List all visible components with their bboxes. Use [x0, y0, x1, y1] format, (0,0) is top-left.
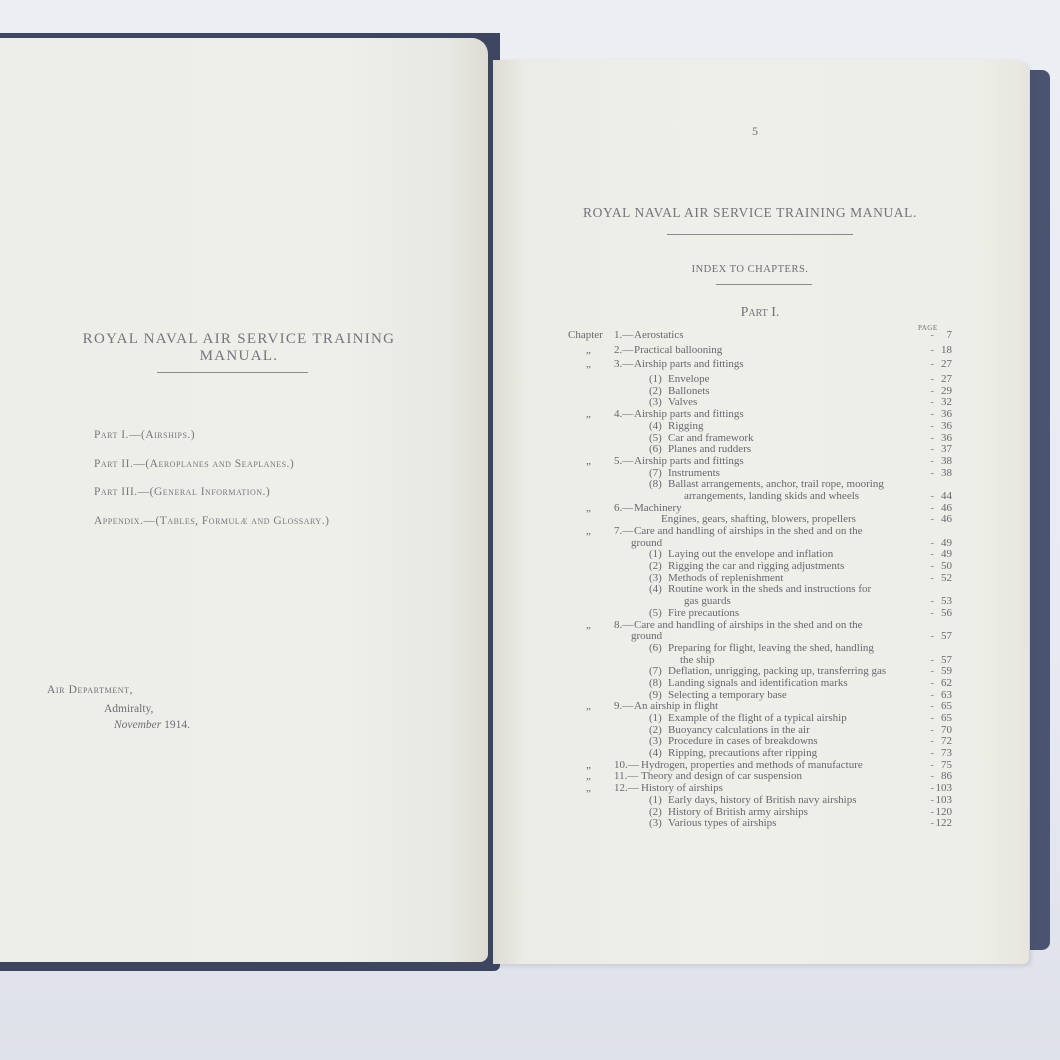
book-cover-right [1030, 70, 1050, 950]
signature-office: Admiralty, [104, 703, 153, 715]
toc-entry: (2) Ballonets-29 [568, 386, 952, 398]
toc-entry: (4) Routine work in the sheds and instru… [568, 584, 952, 596]
toc-prefix: Chapter [568, 330, 614, 342]
toc-page: 27 [930, 359, 952, 371]
toc-title: Example of the flight of a typical airsh… [668, 713, 847, 725]
toc-number: (8) [649, 479, 662, 491]
toc-page: 62 [930, 678, 952, 690]
part-item: Part I.—(Airships.) [94, 429, 329, 458]
parts-list: Part I.—(Airships.) Part II.—(Aeroplanes… [94, 429, 329, 543]
page-number: 5 [752, 124, 758, 139]
toc-entry: (1) Envelope-27 [568, 374, 952, 386]
toc-entry: Chapter1.—Aerostatics-7 [568, 330, 952, 342]
toc-title: Airship parts and fittings [634, 456, 744, 468]
table-of-contents: Chapter1.—Aerostatics-7„2.—Practical bal… [568, 330, 952, 830]
toc-entry: (2) Rigging the car and rigging adjustme… [568, 561, 952, 573]
toc-number: 5.— [614, 456, 633, 468]
toc-title: Rigging the car and rigging adjustments [668, 561, 844, 573]
toc-number: 3.— [614, 359, 633, 371]
toc-entry: „4.—Airship parts and fittings-36 [568, 409, 952, 421]
toc-page: 103 [930, 795, 952, 807]
toc-number: 9.— [614, 701, 633, 713]
right-page-title: ROYAL NAVAL AIR SERVICE TRAINING MANUAL. [565, 205, 935, 221]
part-item: Part II.—(Aeroplanes and Seaplanes.) [94, 458, 329, 487]
toc-number: (4) [649, 421, 662, 433]
signature-date: November 1914. [114, 719, 190, 731]
toc-entry: „3.—Airship parts and fittings-27 [568, 359, 952, 371]
toc-entry: (8) Landing signals and identification m… [568, 678, 952, 690]
toc-entry: (1) Early days, history of British navy … [568, 795, 952, 807]
signature-month: November [114, 719, 161, 731]
title-rule [667, 234, 853, 235]
toc-entry: „2.—Practical ballooning-18 [568, 345, 952, 357]
index-rule [716, 284, 812, 285]
toc-title: Preparing for flight, leaving the shed, … [668, 643, 874, 655]
toc-number: (8) [649, 678, 662, 690]
toc-page: 52 [930, 573, 952, 585]
signature-department: Air Department, [47, 684, 133, 696]
toc-number: 6.— [614, 503, 633, 515]
part-item: Appendix.—(Tables, Formulæ and Glossary.… [94, 515, 329, 544]
part-heading: Part I. [700, 305, 820, 321]
toc-entry: gas guards-53 [568, 596, 952, 608]
toc-title: Rigging [668, 421, 703, 433]
toc-title: Care and handling of airships in the she… [634, 526, 863, 538]
toc-page: 27 [930, 374, 952, 386]
toc-page: 56 [930, 608, 952, 620]
toc-number: 1.— [614, 330, 633, 342]
toc-number: (1) [649, 795, 662, 807]
left-page-title: ROYAL NAVAL AIR SERVICE TRAINING MANUAL. [46, 331, 432, 365]
toc-number: (4) [649, 584, 662, 596]
toc-title: Various types of airships [668, 818, 776, 830]
toc-title: arrangements, landing skids and wheels [684, 491, 859, 503]
toc-entry: „8.—Care and handling of airships in the… [568, 620, 952, 632]
toc-page: 36 [930, 421, 952, 433]
toc-entry: (4) Rigging-36 [568, 421, 952, 433]
toc-entry: arrangements, landing skids and wheels-4… [568, 491, 952, 503]
title-rule [157, 372, 308, 373]
toc-page: 65 [930, 713, 952, 725]
toc-page: 7 [930, 330, 952, 342]
toc-page: 18 [930, 345, 952, 357]
toc-title: Fire precautions [668, 608, 739, 620]
toc-page: 122 [930, 818, 952, 830]
signature-year: 1914. [164, 719, 190, 731]
toc-page: 38 [930, 456, 952, 468]
toc-entry: (4) Ripping, precautions after ripping-7… [568, 748, 952, 760]
toc-entry: „5.—Airship parts and fittings-38 [568, 456, 952, 468]
toc-entry: (5) Car and framework-36 [568, 433, 952, 445]
toc-entry: (3) Various types of airships-122 [568, 818, 952, 830]
toc-title: Care and handling of airships in the she… [634, 620, 863, 632]
toc-title: Envelope [668, 374, 710, 386]
toc-page: 38 [930, 468, 952, 480]
toc-number: (1) [649, 374, 662, 386]
toc-title: Practical ballooning [634, 345, 722, 357]
toc-title: Aerostatics [634, 330, 683, 342]
part-item: Part III.—(General Information.) [94, 486, 329, 515]
toc-number: 12.— [614, 783, 639, 795]
toc-number: (2) [649, 561, 662, 573]
toc-number: 7.— [614, 526, 633, 538]
toc-number: (1) [649, 713, 662, 725]
toc-page: 44 [930, 491, 952, 503]
toc-number: (3) [649, 818, 662, 830]
index-heading: INDEX TO CHAPTERS. [600, 264, 900, 275]
toc-page: 73 [930, 748, 952, 760]
toc-entry: (1) Example of the flight of a typical a… [568, 713, 952, 725]
toc-page: 50 [930, 561, 952, 573]
toc-title: Airship parts and fittings [634, 359, 744, 371]
toc-page: 46 [930, 514, 952, 526]
toc-entry: (5) Fire precautions-56 [568, 608, 952, 620]
toc-title: Early days, history of British navy airs… [668, 795, 857, 807]
toc-number: (6) [649, 643, 662, 655]
toc-number: 4.— [614, 409, 633, 421]
toc-entry: „7.—Care and handling of airships in the… [568, 526, 952, 538]
toc-number: (5) [649, 608, 662, 620]
toc-number: 2.— [614, 345, 633, 357]
toc-page: 57 [930, 631, 952, 643]
toc-number: (4) [649, 748, 662, 760]
toc-title: Ripping, precautions after ripping [668, 748, 817, 760]
toc-title: Landing signals and identification marks [668, 678, 848, 690]
toc-entry: (6) Preparing for flight, leaving the sh… [568, 643, 952, 655]
